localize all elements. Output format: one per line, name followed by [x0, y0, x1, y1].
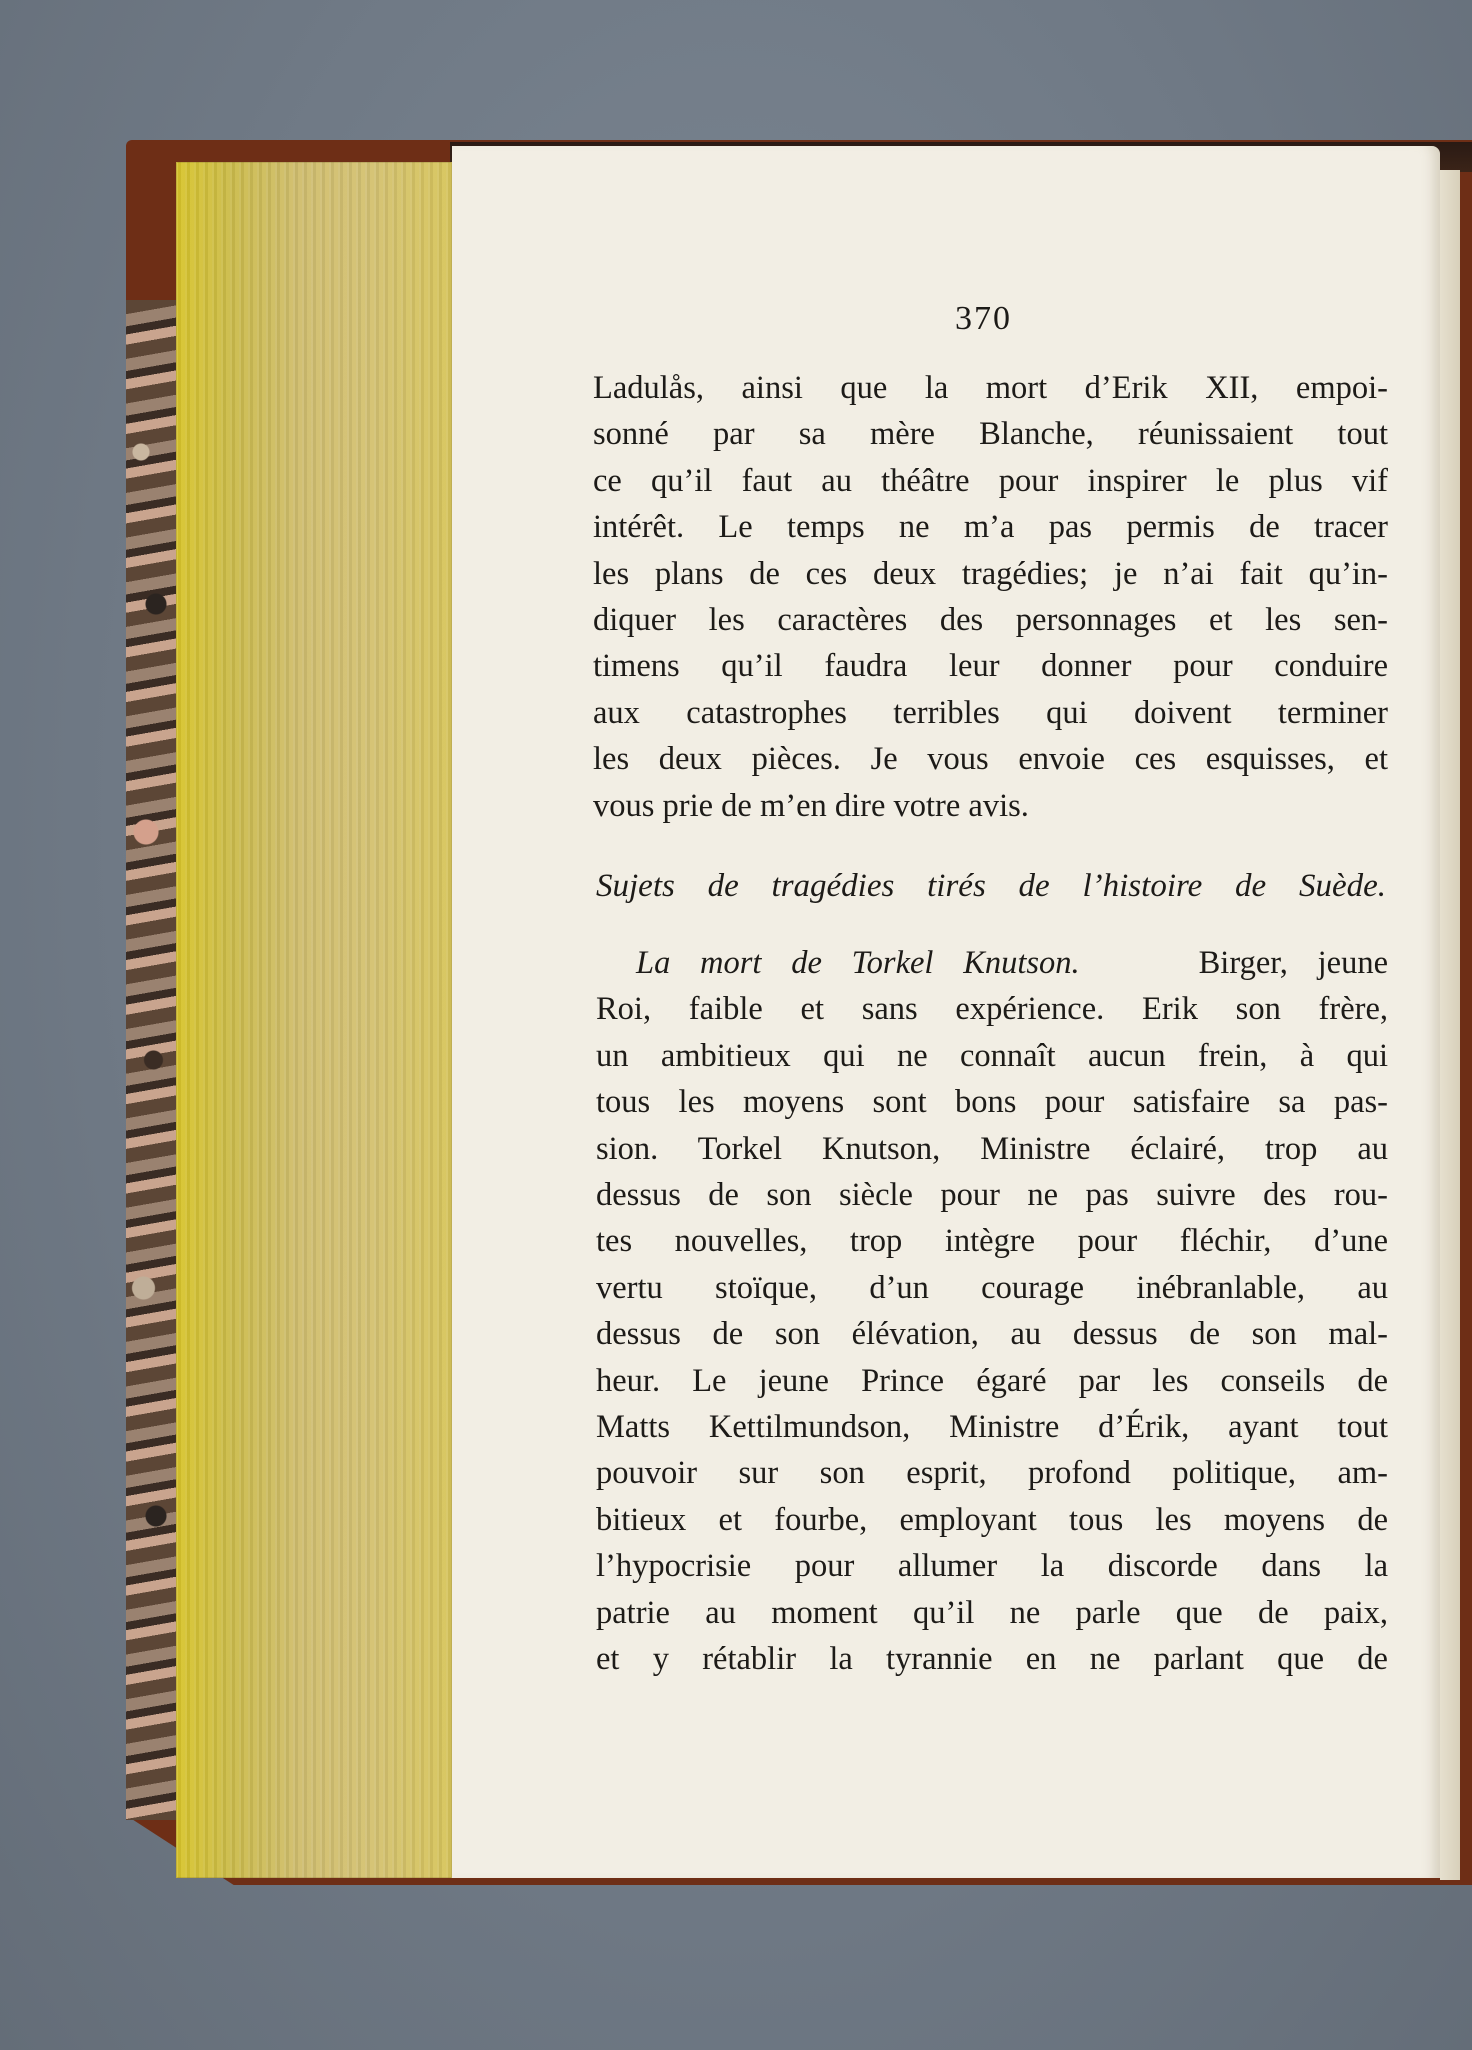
page-right-edge: [1440, 170, 1460, 1880]
text-line: dessus de son élévation, au dessus de so…: [596, 1311, 1388, 1357]
text-line: tes nouvelles, trop intègre pour fléchir…: [596, 1218, 1388, 1264]
section-title: Sujets de tragédies tirés de l’histoire …: [596, 868, 1386, 905]
text-line: Roi, faible et sans expérience. Erik son…: [596, 986, 1388, 1032]
text-line: patrie au moment qu’il ne parle que de p…: [596, 1590, 1388, 1636]
text-line: un ambitieux qui ne connaît aucun frein,…: [596, 1033, 1388, 1079]
text-line-lead: La mort de Torkel Knutson. Birger, jeune: [596, 940, 1388, 986]
text-line: aux catastrophes terribles qui doivent t…: [593, 690, 1388, 736]
text-line: timens qu’il faudra leur donner pour con…: [593, 643, 1388, 689]
text-line: vous prie de m’en dire votre avis.: [593, 783, 1388, 829]
text-line: Matts Kettilmundson, Ministre d’Érik, ay…: [596, 1404, 1388, 1450]
lead-rest: Birger, jeune: [1199, 945, 1388, 981]
text-line: Ladulås, ainsi que la mort d’Erik XII, e…: [593, 365, 1388, 411]
text-line: pouvoir sur son esprit, profond politiqu…: [596, 1450, 1388, 1496]
text-line: intérêt. Le temps ne m’a pas permis de t…: [593, 504, 1388, 550]
text-line: sion. Torkel Knutson, Ministre éclairé, …: [596, 1126, 1388, 1172]
text-line: bitieux et fourbe, employant tous les mo…: [596, 1497, 1388, 1543]
italic-lead: La mort de Torkel Knutson.: [636, 945, 1080, 981]
text-line: et y rétablir la tyrannie en ne parlant …: [596, 1636, 1388, 1682]
paragraph-2: La mort de Torkel Knutson. Birger, jeune…: [596, 940, 1388, 1683]
text-line: dessus de son siècle pour ne pas suivre …: [596, 1172, 1388, 1218]
text-line: les plans de ces deux tragédies; je n’ai…: [593, 551, 1388, 597]
paragraph-1: Ladulås, ainsi que la mort d’Erik XII, e…: [593, 365, 1388, 829]
gilded-page-block: [176, 162, 452, 1878]
text-line: heur. Le jeune Prince égaré par les cons…: [596, 1358, 1388, 1404]
text-line: vertu stoïque, d’un courage inébranlable…: [596, 1265, 1388, 1311]
text-line: sonné par sa mère Blanche, réunissaient …: [593, 411, 1388, 457]
text-line: tous les moyens sont bons pour satisfair…: [596, 1079, 1388, 1125]
page-number: 370: [955, 300, 1012, 338]
marbled-cover-edge: [126, 300, 176, 1820]
text-line: les deux pièces. Je vous envoie ces esqu…: [593, 736, 1388, 782]
text-line: diquer les caractères des personnages et…: [593, 597, 1388, 643]
text-line: l’hypocrisie pour allumer la discorde da…: [596, 1543, 1388, 1589]
text-line: ce qu’il faut au théâtre pour inspirer l…: [593, 458, 1388, 504]
